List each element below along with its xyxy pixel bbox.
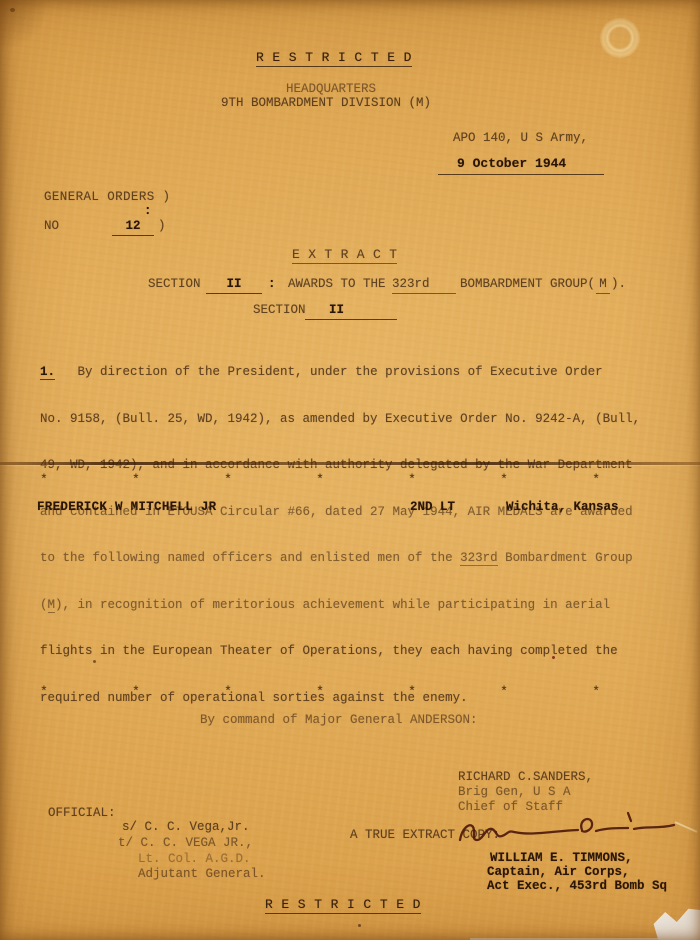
para-line-6: (M), in recognition of meritorious achie… [40, 598, 640, 614]
asterisk: * [224, 684, 232, 700]
chief-name: RICHARD C.SANDERS, [458, 770, 593, 786]
asterisk: * [408, 684, 416, 700]
paper-speck [10, 8, 15, 12]
paper-speck [552, 656, 555, 659]
awardee-name: FREDERICK W MITCHELL JR [37, 500, 216, 516]
asterisk: * [132, 472, 140, 488]
asterisk: * [592, 684, 600, 700]
para-line-5-tail: Bombardment Group [498, 551, 633, 565]
asterisk-separator-bottom: ******* [40, 684, 600, 700]
asterisk: * [132, 684, 140, 700]
para-line-2: No. 9158, (Bull. 25, WD, 1942), as amend… [40, 412, 640, 428]
para-line-6-text: ), in recognition of meritorious achieve… [55, 598, 610, 612]
section2-label: SECTION [253, 303, 306, 319]
asterisk: * [40, 684, 48, 700]
section-group-text: BOMBARDMENT GROUP( [460, 277, 595, 293]
awardee-city: Wichita, Kansas [506, 500, 619, 516]
date-text: 9 October 1944 [438, 156, 566, 171]
handwritten-signature-timmons [450, 800, 682, 854]
command-line: By command of Major General ANDERSON: [200, 713, 478, 729]
section2-number-text: II [305, 303, 344, 317]
asterisk: * [500, 684, 508, 700]
section-awards-text: AWARDS TO THE [288, 277, 386, 293]
paragraph-1: 1. By direction of the President, under … [40, 334, 640, 737]
orders-colon: : [144, 204, 152, 220]
asterisk: * [500, 472, 508, 488]
para-line-1: 1. By direction of the President, under … [40, 365, 640, 381]
awardee-rank: 2ND LT [410, 500, 455, 516]
para-line-1-text: By direction of the President, under the… [55, 365, 603, 379]
paper-speck [93, 660, 96, 663]
classification-header: R E S T R I C T E D [256, 50, 412, 67]
para-group-number: 323rd [460, 551, 498, 566]
official-label: OFFICIAL: [48, 806, 116, 822]
orders-paren: ) [158, 219, 166, 235]
section-number: II [206, 277, 262, 294]
para-line-6-open: ( [40, 598, 48, 612]
section2-number: II [305, 303, 397, 320]
scanned-document-page: R E S T R I C T E D HEADQUARTERS 9TH BOM… [0, 0, 700, 940]
para-number: 1. [40, 365, 55, 380]
section-label: SECTION [148, 277, 201, 293]
official-typed: t/ C. C. VEGA JR., [118, 836, 253, 852]
section-group-m: M [596, 277, 610, 294]
para-line-6-m: M [48, 598, 56, 613]
section-group-number: 323rd [392, 277, 456, 294]
official-rank: Lt. Col. A.G.D. [138, 852, 251, 868]
para-line-7: flights in the European Theater of Opera… [40, 644, 640, 660]
asterisk-separator-top: ******* [40, 472, 600, 488]
asterisk: * [316, 684, 324, 700]
asterisk: * [316, 472, 324, 488]
asterisk: * [592, 472, 600, 488]
paper-fold-crease [0, 462, 700, 465]
torn-corner [642, 900, 700, 940]
official-title: Adjutant General. [138, 867, 266, 883]
classification-footer: R E S T R I C T E D [265, 897, 421, 914]
section-group-end: ). [611, 277, 626, 293]
date-line: 9 October 1944 [438, 156, 604, 175]
orders-number: 12 [112, 219, 154, 236]
chief-rank: Brig Gen, U S A [458, 785, 571, 801]
extract-title: E X T R A C T [292, 247, 397, 264]
division-line: 9TH BOMBARDMENT DIVISION (M) [221, 96, 431, 112]
water-stain-ring [600, 18, 640, 58]
para-line-5: to the following named officers and enli… [40, 551, 640, 567]
apo-line: APO 140, U S Army, [453, 131, 588, 147]
official-signed: s/ C. C. Vega,Jr. [122, 820, 250, 836]
paper-speck [358, 924, 361, 927]
para-line-5-text: to the following named officers and enli… [40, 551, 460, 565]
timmons-unit: Act Exec., 453rd Bomb Sq [487, 879, 667, 895]
asterisk: * [224, 472, 232, 488]
asterisk: * [40, 472, 48, 488]
section-colon: : [268, 277, 276, 293]
orders-no-label: NO [44, 219, 59, 235]
asterisk: * [408, 472, 416, 488]
